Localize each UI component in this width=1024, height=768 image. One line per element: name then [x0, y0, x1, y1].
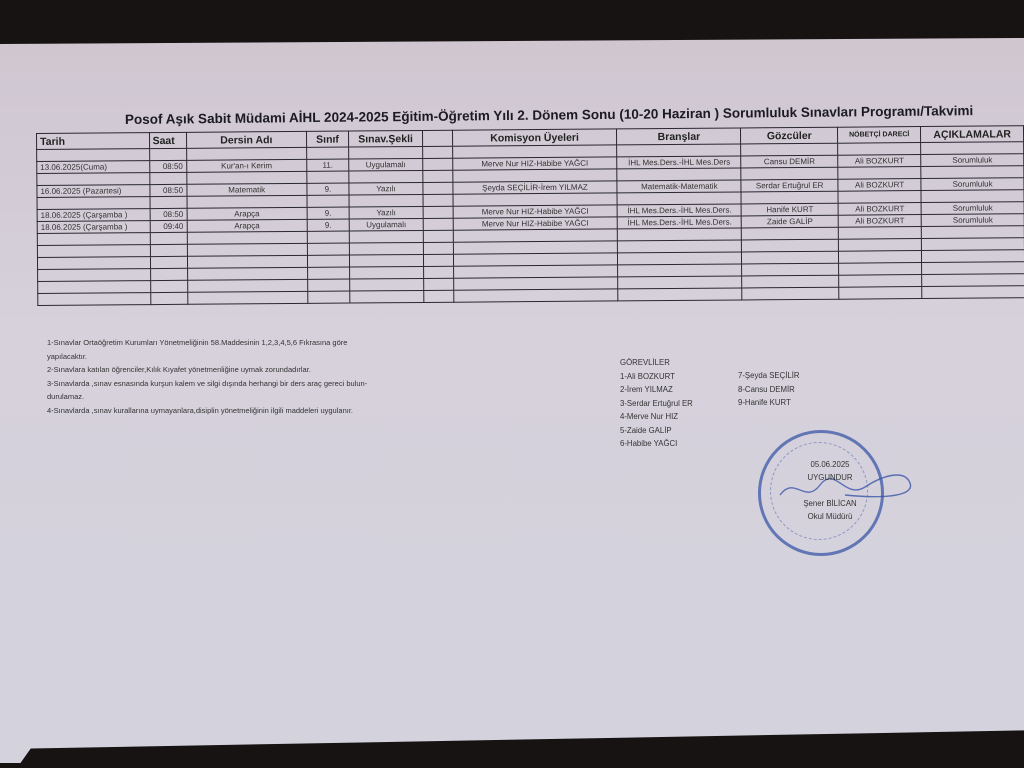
table-cell: [742, 287, 839, 300]
table-cell: Zaide GALİP: [742, 215, 839, 228]
column-header: Sınav.Şekli: [348, 130, 422, 147]
table-cell: 09:40: [150, 220, 187, 232]
table-cell: [307, 195, 349, 207]
table-cell: [839, 251, 922, 264]
table-cell: [839, 263, 922, 276]
table-cell: [308, 267, 350, 279]
table-cell: [350, 266, 424, 279]
note-line: 1-Sınavlar Ortaöğretim Kurumları Yönetme…: [47, 336, 367, 350]
table-cell: Yazılı: [349, 206, 423, 219]
table-cell: Uygulamalı: [349, 218, 423, 231]
column-header: Dersin Adı: [186, 131, 306, 148]
officer-item: 2-İrem YILMAZ: [620, 383, 693, 397]
table-cell: [618, 228, 742, 241]
table-cell: [617, 168, 741, 181]
column-header: Tarih: [37, 133, 150, 150]
table-cell: 9.: [307, 207, 349, 219]
officer-item: 4-Merve Nur HIZ: [620, 410, 693, 424]
table-cell: [37, 245, 150, 258]
table-cell: [741, 143, 838, 156]
table-cell: Matematik-Matematik: [617, 180, 741, 193]
table-cell: [839, 287, 922, 300]
table-cell: [617, 192, 741, 205]
note-line: yapılacaktır.: [47, 350, 367, 364]
table-cell: [423, 254, 453, 266]
signature-block: 05.06.2025 UYGUNDUR Şener BİLİCAN Okul M…: [790, 458, 870, 523]
table-cell: [37, 149, 150, 162]
table-cell: [453, 289, 618, 302]
table-cell: Arapça: [187, 219, 307, 232]
column-header: [423, 130, 453, 146]
table-cell: [741, 167, 838, 180]
table-cell: [349, 230, 423, 243]
table-cell: [423, 194, 453, 206]
table-cell: [922, 286, 1024, 299]
table-cell: [307, 243, 349, 255]
table-cell: [186, 147, 306, 160]
table-cell: [308, 291, 350, 303]
table-cell: 18.06.2025 (Çarşamba ): [37, 209, 150, 222]
table-cell: [150, 280, 187, 292]
table-cell: [423, 230, 453, 242]
table-cell: [839, 275, 922, 288]
table-cell: [922, 238, 1024, 251]
table-cell: [742, 251, 839, 264]
table-cell: [423, 206, 453, 218]
table-cell: [921, 190, 1024, 203]
table-cell: [349, 254, 423, 267]
column-header: AÇIKLAMALAR: [921, 126, 1024, 143]
column-header: Gözcüler: [741, 127, 838, 144]
table-cell: [838, 227, 921, 240]
table-cell: Ali BOZKURT: [838, 155, 921, 168]
table-cell: 08:50: [149, 160, 186, 172]
table-cell: [187, 255, 307, 268]
table-cell: [307, 255, 349, 267]
table-cell: [186, 171, 306, 184]
table-cell: [187, 231, 307, 244]
table-cell: 18.06.2025 (Çarşamba ): [37, 221, 150, 234]
column-header: NÖBETÇİ DARECİ: [838, 127, 921, 144]
table-cell: Arapça: [187, 207, 307, 220]
table-cell: [838, 143, 921, 156]
table-cell: [617, 144, 741, 157]
table-cell: 08:50: [149, 184, 186, 196]
table-cell: [149, 172, 186, 184]
table-cell: [922, 262, 1024, 275]
table-cell: [838, 167, 921, 180]
table-cell: [349, 170, 423, 183]
note-line: durulamaz.: [47, 390, 367, 404]
table-cell: [37, 233, 150, 246]
table-cell: Kur'an-ı Kerim: [186, 159, 306, 172]
column-header: Sınıf: [306, 131, 348, 147]
table-cell: [150, 232, 187, 244]
table-cell: Uygulamalı: [349, 158, 423, 171]
table-cell: Sorumluluk: [921, 178, 1024, 191]
table-cell: [150, 292, 187, 304]
table-cell: [150, 196, 187, 208]
table-cell: [187, 195, 307, 208]
officer-item: 6-Habibe YAĞCI: [620, 437, 693, 451]
table-cell: [37, 257, 150, 270]
note-line: 4-Sınavlarda ,sınav kurallarına uymayanl…: [47, 404, 367, 418]
table-cell: Serdar Ertuğrul ER: [741, 179, 838, 192]
table-cell: Sorumluluk: [921, 214, 1024, 227]
table-cell: [742, 239, 839, 252]
table-cell: [838, 191, 921, 204]
column-header: Saat: [149, 132, 186, 148]
table-cell: [921, 142, 1024, 155]
officer-item: 8-Cansu DEMİR: [738, 383, 800, 397]
table-cell: [38, 281, 151, 294]
table-cell: [349, 194, 423, 207]
officer-item: 1-Ali BOZKURT: [620, 370, 693, 384]
table-cell: 13.06.2025(Cuma): [37, 161, 150, 174]
table-cell: Matematik: [187, 183, 307, 196]
table-cell: [38, 269, 151, 282]
column-header: Branşlar: [617, 128, 741, 145]
table-cell: 9.: [307, 183, 349, 195]
officer-item: 3-Serdar Ertuğrul ER: [620, 397, 693, 411]
table-cell: [350, 278, 424, 291]
table-cell: İHL Mes.Ders.-İHL Mes.Ders.: [617, 204, 741, 217]
table-cell: [307, 171, 349, 183]
table-cell: [742, 227, 839, 240]
table-cell: [618, 276, 742, 289]
notes-list: 1-Sınavlar Ortaöğretim Kurumları Yönetme…: [47, 336, 367, 417]
table-cell: [349, 242, 423, 255]
table-cell: Sorumluluk: [921, 202, 1024, 215]
table-cell: İHL Mes.Ders.-İHL Mes.Ders.: [618, 216, 742, 229]
table-cell: [37, 197, 150, 210]
table-cell: [423, 146, 453, 158]
table-cell: Ali BOZKURT: [838, 215, 921, 228]
table-cell: [618, 240, 742, 253]
table-cell: [742, 275, 839, 288]
table-cell: Ali BOZKURT: [838, 179, 921, 192]
note-line: 3-Sınavlarda ,sınav esnasında kurşun kal…: [47, 377, 367, 391]
officer-item: 7-Şeyda SEÇİLİR: [738, 369, 800, 383]
table-cell: [349, 146, 423, 159]
table-cell: [423, 158, 453, 170]
table-cell: [423, 170, 453, 182]
table-cell: [187, 243, 307, 256]
table-cell: [424, 266, 454, 278]
table-cell: [187, 267, 307, 280]
signature-name: Şener BİLİCAN: [790, 497, 870, 510]
officer-item: 9-Hanife KURT: [738, 396, 800, 410]
table-cell: 08:50: [150, 208, 187, 220]
table-cell: İHL Mes.Ders.-İHL Mes.Ders: [617, 156, 741, 169]
table-cell: [921, 166, 1024, 179]
table-cell: [741, 191, 838, 204]
table-cell: 9.: [307, 219, 349, 231]
note-line: 2-Sınavlara katılan öğrenciler,Kılık Kıy…: [47, 363, 367, 377]
table-cell: Sorumluluk: [921, 154, 1024, 167]
signature-date: 05.06.2025: [790, 458, 870, 471]
table-cell: [424, 290, 454, 302]
table-cell: [38, 293, 151, 306]
table-cell: [37, 173, 150, 186]
table-cell: [423, 182, 453, 194]
table-cell: [308, 279, 350, 291]
table-cell: 16.06.2025 (Pazartesi): [37, 185, 150, 198]
table-cell: [423, 218, 453, 230]
table-cell: [922, 226, 1024, 239]
table-cell: [150, 256, 187, 268]
table-cell: [187, 279, 307, 292]
exam-schedule-table: TarihSaatDersin AdıSınıfSınav.ŞekliKomis…: [36, 125, 1024, 306]
table-cell: [423, 242, 453, 254]
table-cell: Cansu DEMİR: [741, 155, 838, 168]
table-cell: [350, 290, 424, 303]
officers-heading: GÖREVLİLER: [620, 356, 693, 370]
signature-role: Okul Müdürü: [790, 510, 870, 523]
table-cell: [618, 288, 742, 301]
table-cell: [150, 268, 187, 280]
table-cell: [150, 244, 187, 256]
column-header: Komisyon Üyeleri: [452, 129, 617, 146]
signature-approval: UYGUNDUR: [790, 471, 870, 484]
table-cell: [307, 147, 349, 159]
table-cell: [618, 264, 742, 277]
table-cell: 11.: [307, 159, 349, 171]
table-cell: Ali BOZKURT: [838, 203, 921, 216]
table-cell: [922, 250, 1024, 263]
table-cell: [307, 231, 349, 243]
table-cell: [922, 274, 1024, 287]
table-cell: Yazılı: [349, 182, 423, 195]
table-cell: [742, 263, 839, 276]
table-cell: [838, 239, 921, 252]
table-cell: [618, 252, 742, 265]
table-cell: [149, 148, 186, 160]
table-cell: [187, 291, 307, 304]
table-cell: Hanife KURT: [741, 203, 838, 216]
officer-item: 5-Zaide GALİP: [620, 424, 693, 438]
table-cell: [424, 278, 454, 290]
officers-list: GÖREVLİLER 1-Ali BOZKURT2-İrem YILMAZ3-S…: [620, 356, 693, 451]
